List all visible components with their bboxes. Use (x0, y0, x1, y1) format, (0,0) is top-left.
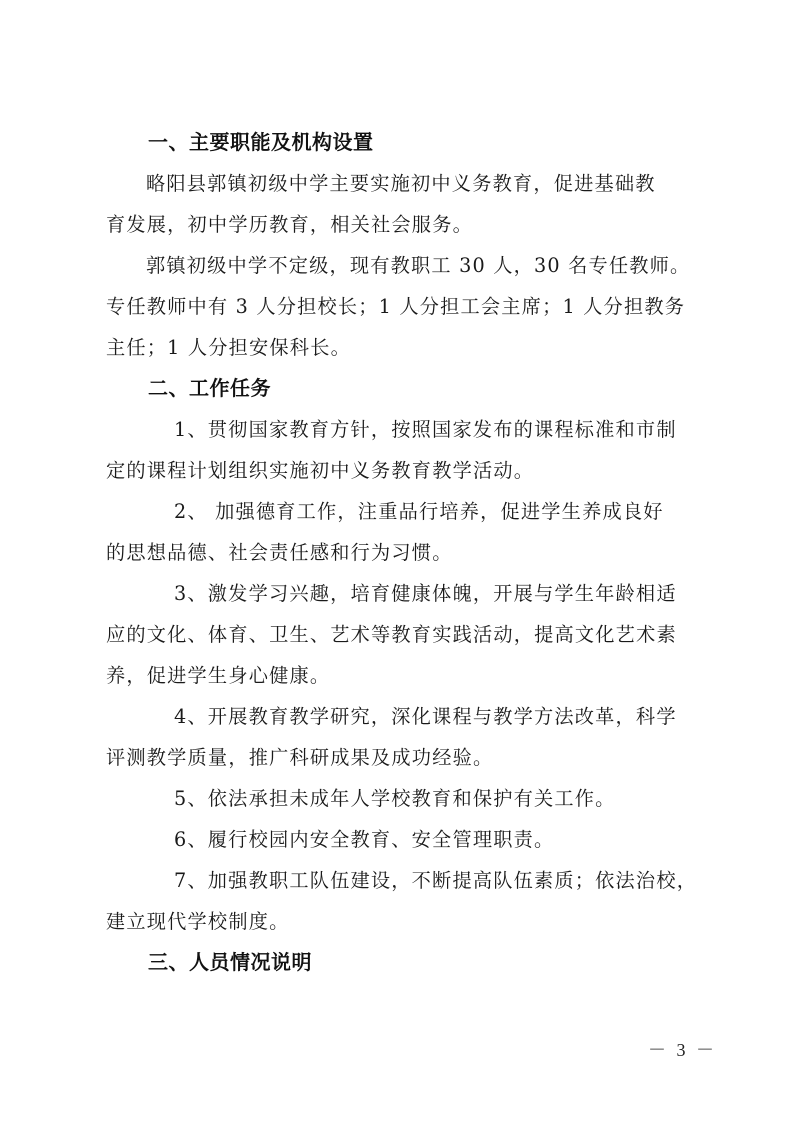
page-number: － 3 － (648, 1036, 717, 1062)
task-item-5: 5、依法承担未成年人学校教育和保护有关工作。 (106, 778, 698, 819)
text-line: 3、激发学习兴趣，培育健康体魄，开展与学生年龄相适 (106, 573, 698, 614)
text-line: 建立现代学校制度。 (106, 901, 698, 942)
text-line: 育发展，初中学历教育，相关社会服务。 (106, 204, 698, 245)
text-line: 略阳县郭镇初级中学主要实施初中义务教育，促进基础教 (106, 163, 698, 204)
text-line: 主任；1 人分担安保科长。 (106, 327, 698, 368)
text-line: 1、贯彻国家教育方针，按照国家发布的课程标准和市制 (106, 409, 698, 450)
paragraph-school-mission: 略阳县郭镇初级中学主要实施初中义务教育，促进基础教 育发展，初中学历教育，相关社… (106, 163, 698, 245)
text-line: 7、加强教职工队伍建设，不断提高队伍素质；依法治校， (106, 860, 698, 901)
text-line: 应的文化、体育、卫生、艺术等教育实践活动，提高文化艺术素 (106, 614, 698, 655)
section-heading-functions: 一、主要职能及机构设置 (106, 122, 698, 163)
task-item-6: 6、履行校园内安全教育、安全管理职责。 (106, 819, 698, 860)
task-item-1: 1、贯彻国家教育方针，按照国家发布的课程标准和市制 定的课程计划组织实施初中义务… (106, 409, 698, 491)
task-item-4: 4、开展教育教学研究，深化课程与教学方法改革，科学 评测教学质量，推广科研成果及… (106, 696, 698, 778)
section-heading-personnel: 三、人员情况说明 (106, 942, 698, 983)
text-line: 的思想品德、社会责任感和行为习惯。 (106, 532, 698, 573)
text-line: 养，促进学生身心健康。 (106, 655, 698, 696)
section-heading-tasks: 二、工作任务 (106, 368, 698, 409)
text-line: 专任教师中有 3 人分担校长；1 人分担工会主席；1 人分担教务 (106, 286, 698, 327)
text-line: 2、 加强德育工作，注重品行培养，促进学生养成良好 (106, 491, 698, 532)
paragraph-staffing: 郭镇初级中学不定级，现有教职工 30 人，30 名专任教师。 专任教师中有 3 … (106, 245, 698, 368)
text-line: 郭镇初级中学不定级，现有教职工 30 人，30 名专任教师。 (106, 245, 698, 286)
text-line: 4、开展教育教学研究，深化课程与教学方法改革，科学 (106, 696, 698, 737)
task-item-7: 7、加强教职工队伍建设，不断提高队伍素质；依法治校， 建立现代学校制度。 (106, 860, 698, 942)
task-item-2: 2、 加强德育工作，注重品行培养，促进学生养成良好 的思想品德、社会责任感和行为… (106, 491, 698, 573)
text-line: 评测教学质量，推广科研成果及成功经验。 (106, 737, 698, 778)
text-line: 定的课程计划组织实施初中义务教育教学活动。 (106, 450, 698, 491)
text-line: 6、履行校园内安全教育、安全管理职责。 (106, 819, 698, 860)
document-page: 一、主要职能及机构设置 略阳县郭镇初级中学主要实施初中义务教育，促进基础教 育发… (0, 0, 793, 1122)
document-body: 一、主要职能及机构设置 略阳县郭镇初级中学主要实施初中义务教育，促进基础教 育发… (106, 122, 698, 983)
text-line: 5、依法承担未成年人学校教育和保护有关工作。 (106, 778, 698, 819)
task-item-3: 3、激发学习兴趣，培育健康体魄，开展与学生年龄相适 应的文化、体育、卫生、艺术等… (106, 573, 698, 696)
